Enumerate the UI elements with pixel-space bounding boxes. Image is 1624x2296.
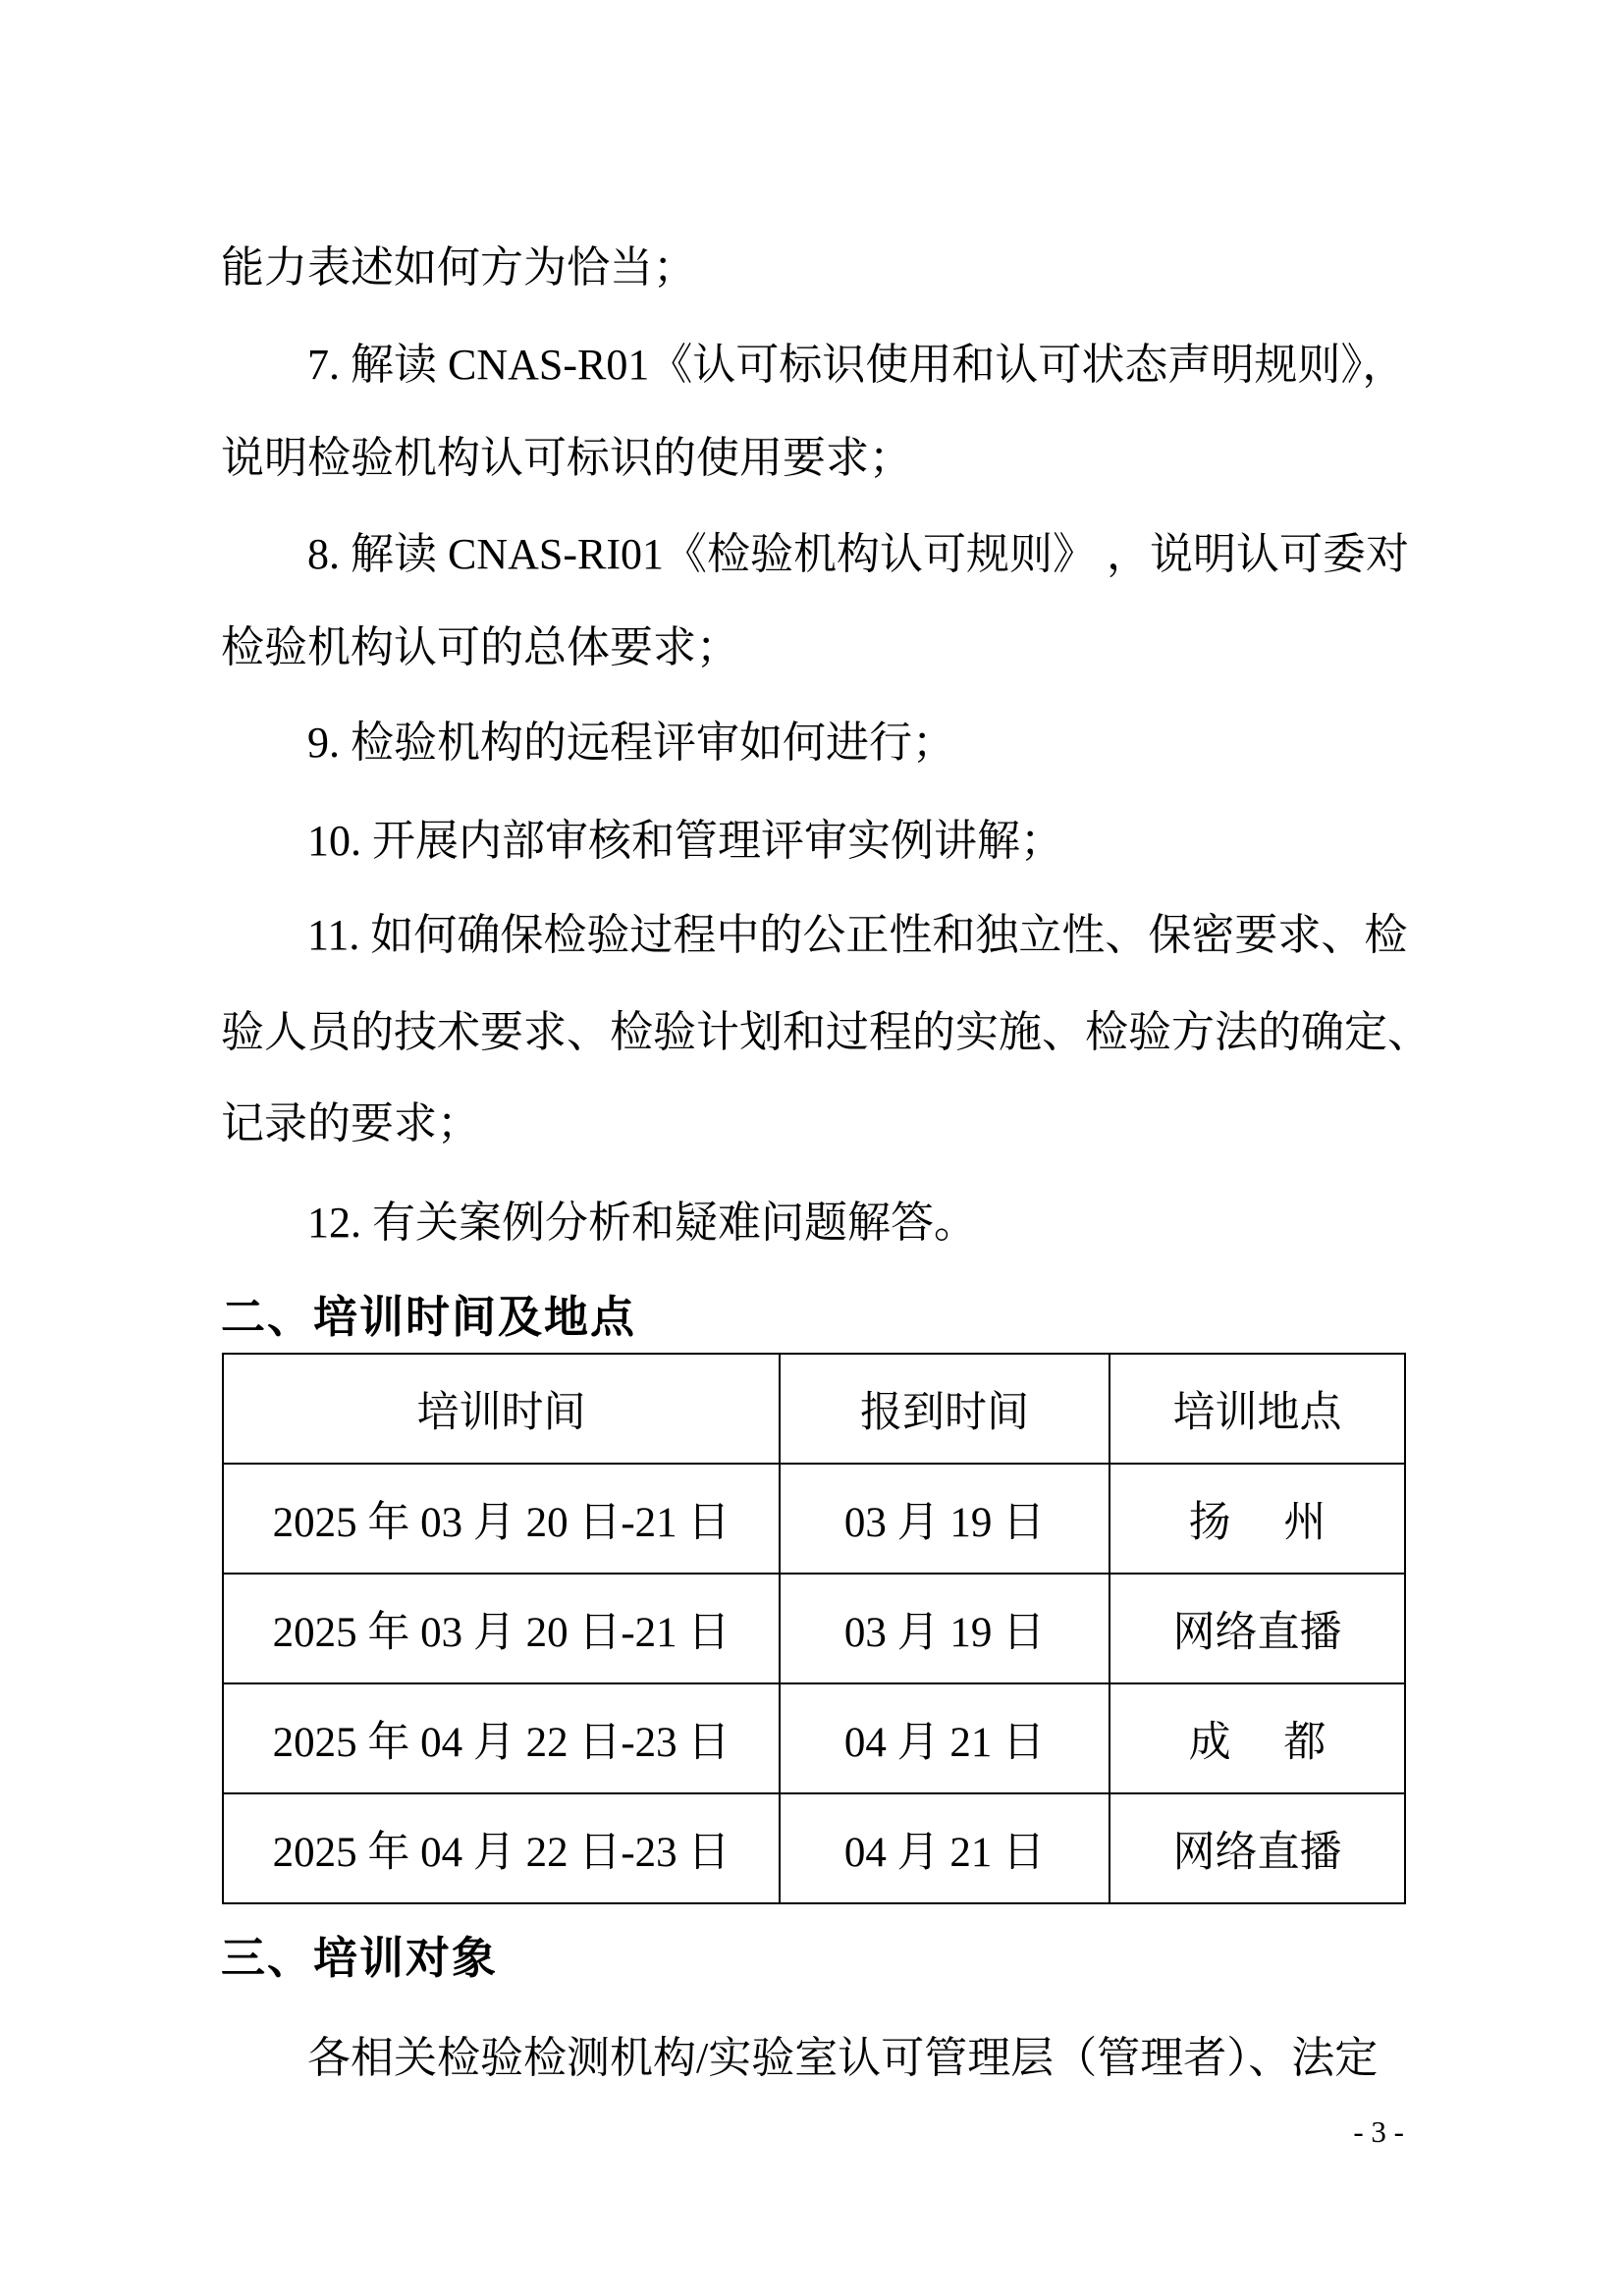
item-11-line-3: 记录的要求； xyxy=(221,1076,1404,1172)
page-number: - 3 - xyxy=(221,2110,1404,2154)
training-schedule-table: 培训时间 报到时间 培训地点 2025 年 03 月 20 日-21 日 03 … xyxy=(222,1353,1406,1904)
schedule-cell-location: 网络直播 xyxy=(1110,1793,1405,1903)
para-continuation-line: 能力表述如何方为恰当； xyxy=(221,220,1404,316)
document-page: 能力表述如何方为恰当； 7. 解读 CNAS-R01《认可标识使用和认可状态声明… xyxy=(0,0,1624,2296)
schedule-header-location: 培训地点 xyxy=(1110,1354,1405,1464)
audience-paragraph-line-1: 各相关检验检测机构/实验室认可管理层（管理者）、法定 xyxy=(221,2010,1490,2107)
item-8-line-2: 检验机构认可的总体要求； xyxy=(221,600,1404,696)
schedule-header-row: 培训时间 报到时间 培训地点 xyxy=(223,1354,1405,1464)
schedule-cell-training-time: 2025 年 04 月 22 日-23 日 xyxy=(223,1793,780,1903)
schedule-cell-location: 成 都 xyxy=(1110,1683,1405,1793)
schedule-header-training-time: 培训时间 xyxy=(223,1354,780,1464)
item-10: 10. 开展内部审核和管理评审实例讲解； xyxy=(221,793,1490,889)
schedule-cell-checkin-time: 04 月 21 日 xyxy=(780,1683,1110,1793)
schedule-cell-training-time: 2025 年 03 月 20 日-21 日 xyxy=(223,1574,780,1683)
section-3-heading: 三、培训对象 xyxy=(221,1910,1404,2006)
schedule-cell-training-time: 2025 年 04 月 22 日-23 日 xyxy=(223,1683,780,1793)
item-7-line-2: 说明检验机构认可标识的使用要求； xyxy=(221,410,1404,507)
item-9: 9. 检验机构的远程评审如何进行； xyxy=(221,695,1490,791)
schedule-row: 2025 年 04 月 22 日-23 日 04 月 21 日 成 都 xyxy=(223,1683,1405,1793)
item-11-line-1: 11. 如何确保检验过程中的公正性和独立性、保密要求、检 xyxy=(221,887,1490,984)
schedule-row: 2025 年 04 月 22 日-23 日 04 月 21 日 网络直播 xyxy=(223,1793,1405,1903)
item-11-line-2: 验人员的技术要求、检验计划和过程的实施、检验方法的确定、 xyxy=(221,985,1404,1081)
schedule-cell-training-time: 2025 年 03 月 20 日-21 日 xyxy=(223,1464,780,1574)
section-2-heading: 二、培训时间及地点 xyxy=(221,1269,1404,1365)
schedule-cell-checkin-time: 04 月 21 日 xyxy=(780,1793,1110,1903)
item-12: 12. 有关案例分析和疑难问题解答。 xyxy=(221,1175,1490,1271)
schedule-header-checkin-time: 报到时间 xyxy=(780,1354,1110,1464)
schedule-cell-location: 网络直播 xyxy=(1110,1574,1405,1683)
schedule-row: 2025 年 03 月 20 日-21 日 03 月 19 日 网络直播 xyxy=(223,1574,1405,1683)
item-8-line-1: 8. 解读 CNAS-RI01《检验机构认可规则》 ，说明认可委对 xyxy=(221,507,1490,603)
schedule-cell-checkin-time: 03 月 19 日 xyxy=(780,1574,1110,1683)
schedule-cell-checkin-time: 03 月 19 日 xyxy=(780,1464,1110,1574)
schedule-cell-location: 扬 州 xyxy=(1110,1464,1405,1574)
item-7-line-1: 7. 解读 CNAS-R01《认可标识使用和认可状态声明规则》， xyxy=(221,317,1490,413)
schedule-row: 2025 年 03 月 20 日-21 日 03 月 19 日 扬 州 xyxy=(223,1464,1405,1574)
